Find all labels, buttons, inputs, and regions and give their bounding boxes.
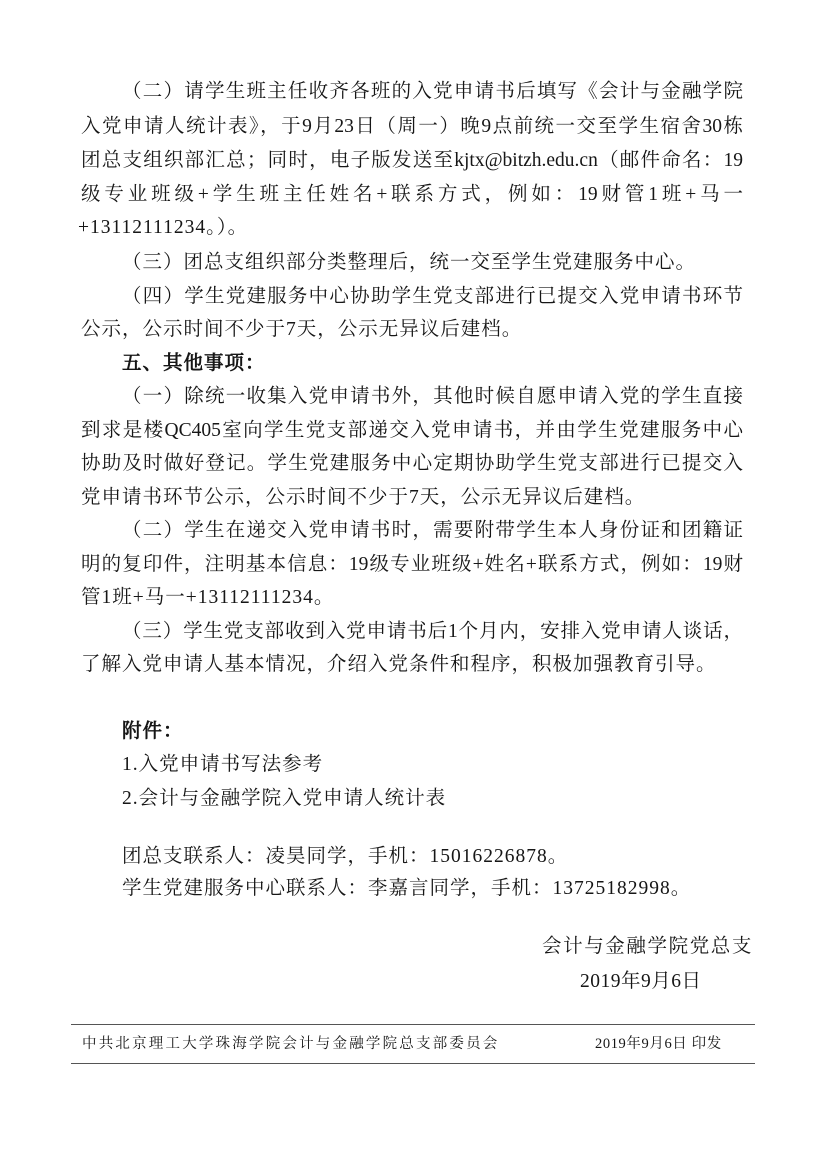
paragraph-2-line-5: +13112111234。）。 <box>78 215 740 241</box>
item-1-line-2: 到求是楼QC405室向学生党支部递交入党申请书，并由学生党建服务中心 <box>81 418 743 444</box>
paragraph-2-line-4: 级专业班级+学生班主任姓名+联系方式，例如：19财管1班+马一 <box>81 182 743 208</box>
item-2-line-1: （二）学生在递交入党申请书时，需要附带学生本人身份证和团籍证 <box>122 518 743 544</box>
signature-date: 2019年9月6日 <box>580 969 702 995</box>
item-1-line-4: 党申请书环节公示，公示时间不少于7天，公示无异议后建档。 <box>81 485 743 511</box>
footer-issue-date: 2019年9月6日 印发 <box>595 1034 722 1054</box>
item-3-line-1: （三）学生党支部收到入党申请书后1个月内，安排入党申请人谈话， <box>122 619 743 645</box>
attachments-heading: 附件： <box>122 719 743 745</box>
footer-bottom-rule <box>71 1063 755 1064</box>
item-2-line-3: 管1班+马一+13112111234。 <box>81 585 743 611</box>
paragraph-2-line-3: 团总支组织部汇总；同时，电子版发送至kjtx@bitzh.edu.cn（邮件命名… <box>81 148 743 174</box>
contact-league-branch: 团总支联系人：凌昊同学，手机：15016226878。 <box>122 844 743 870</box>
item-2-line-2: 明的复印件，注明基本信息：19级专业班级+姓名+联系方式，例如：19财 <box>81 552 743 578</box>
paragraph-3-line-1: （三）团总支组织部分类整理后，统一交至学生党建服务中心。 <box>122 250 743 276</box>
signature-organization: 会计与金融学院党总支 <box>542 934 753 960</box>
footer-issuer: 中共北京理工大学珠海学院会计与金融学院总支部委员会 <box>82 1034 500 1054</box>
footer-top-rule <box>71 1024 755 1025</box>
paragraph-2-line-2: 入党申请人统计表》，于9月23日（周一）晚9点前统一交至学生宿舍30栋 <box>81 114 743 140</box>
section-heading-other-matters: 五、其他事项： <box>122 351 743 377</box>
item-1-line-1: （一）除统一收集入党申请书外，其他时候自愿申请入党的学生直接 <box>122 384 743 410</box>
item-1-line-3: 协助及时做好登记。学生党建服务中心定期协助学生党支部进行已提交入 <box>81 451 743 477</box>
item-3-line-2: 了解入党申请人基本情况，介绍入党条件和程序，积极加强教育引导。 <box>81 652 743 678</box>
paragraph-4-line-2: 公示，公示时间不少于7天，公示无异议后建档。 <box>81 317 743 343</box>
paragraph-4-line-1: （四）学生党建服务中心协助学生党支部进行已提交入党申请书环节 <box>122 284 743 310</box>
attachment-item-2: 2.会计与金融学院入党申请人统计表 <box>122 786 743 812</box>
paragraph-2-line-1: （二）请学生班主任收齐各班的入党申请书后填写《会计与金融学院 <box>122 79 743 105</box>
contact-party-service-center: 学生党建服务中心联系人：李嘉言同学，手机：13725182998。 <box>122 876 743 902</box>
attachment-item-1: 1.入党申请书写法参考 <box>122 752 743 778</box>
